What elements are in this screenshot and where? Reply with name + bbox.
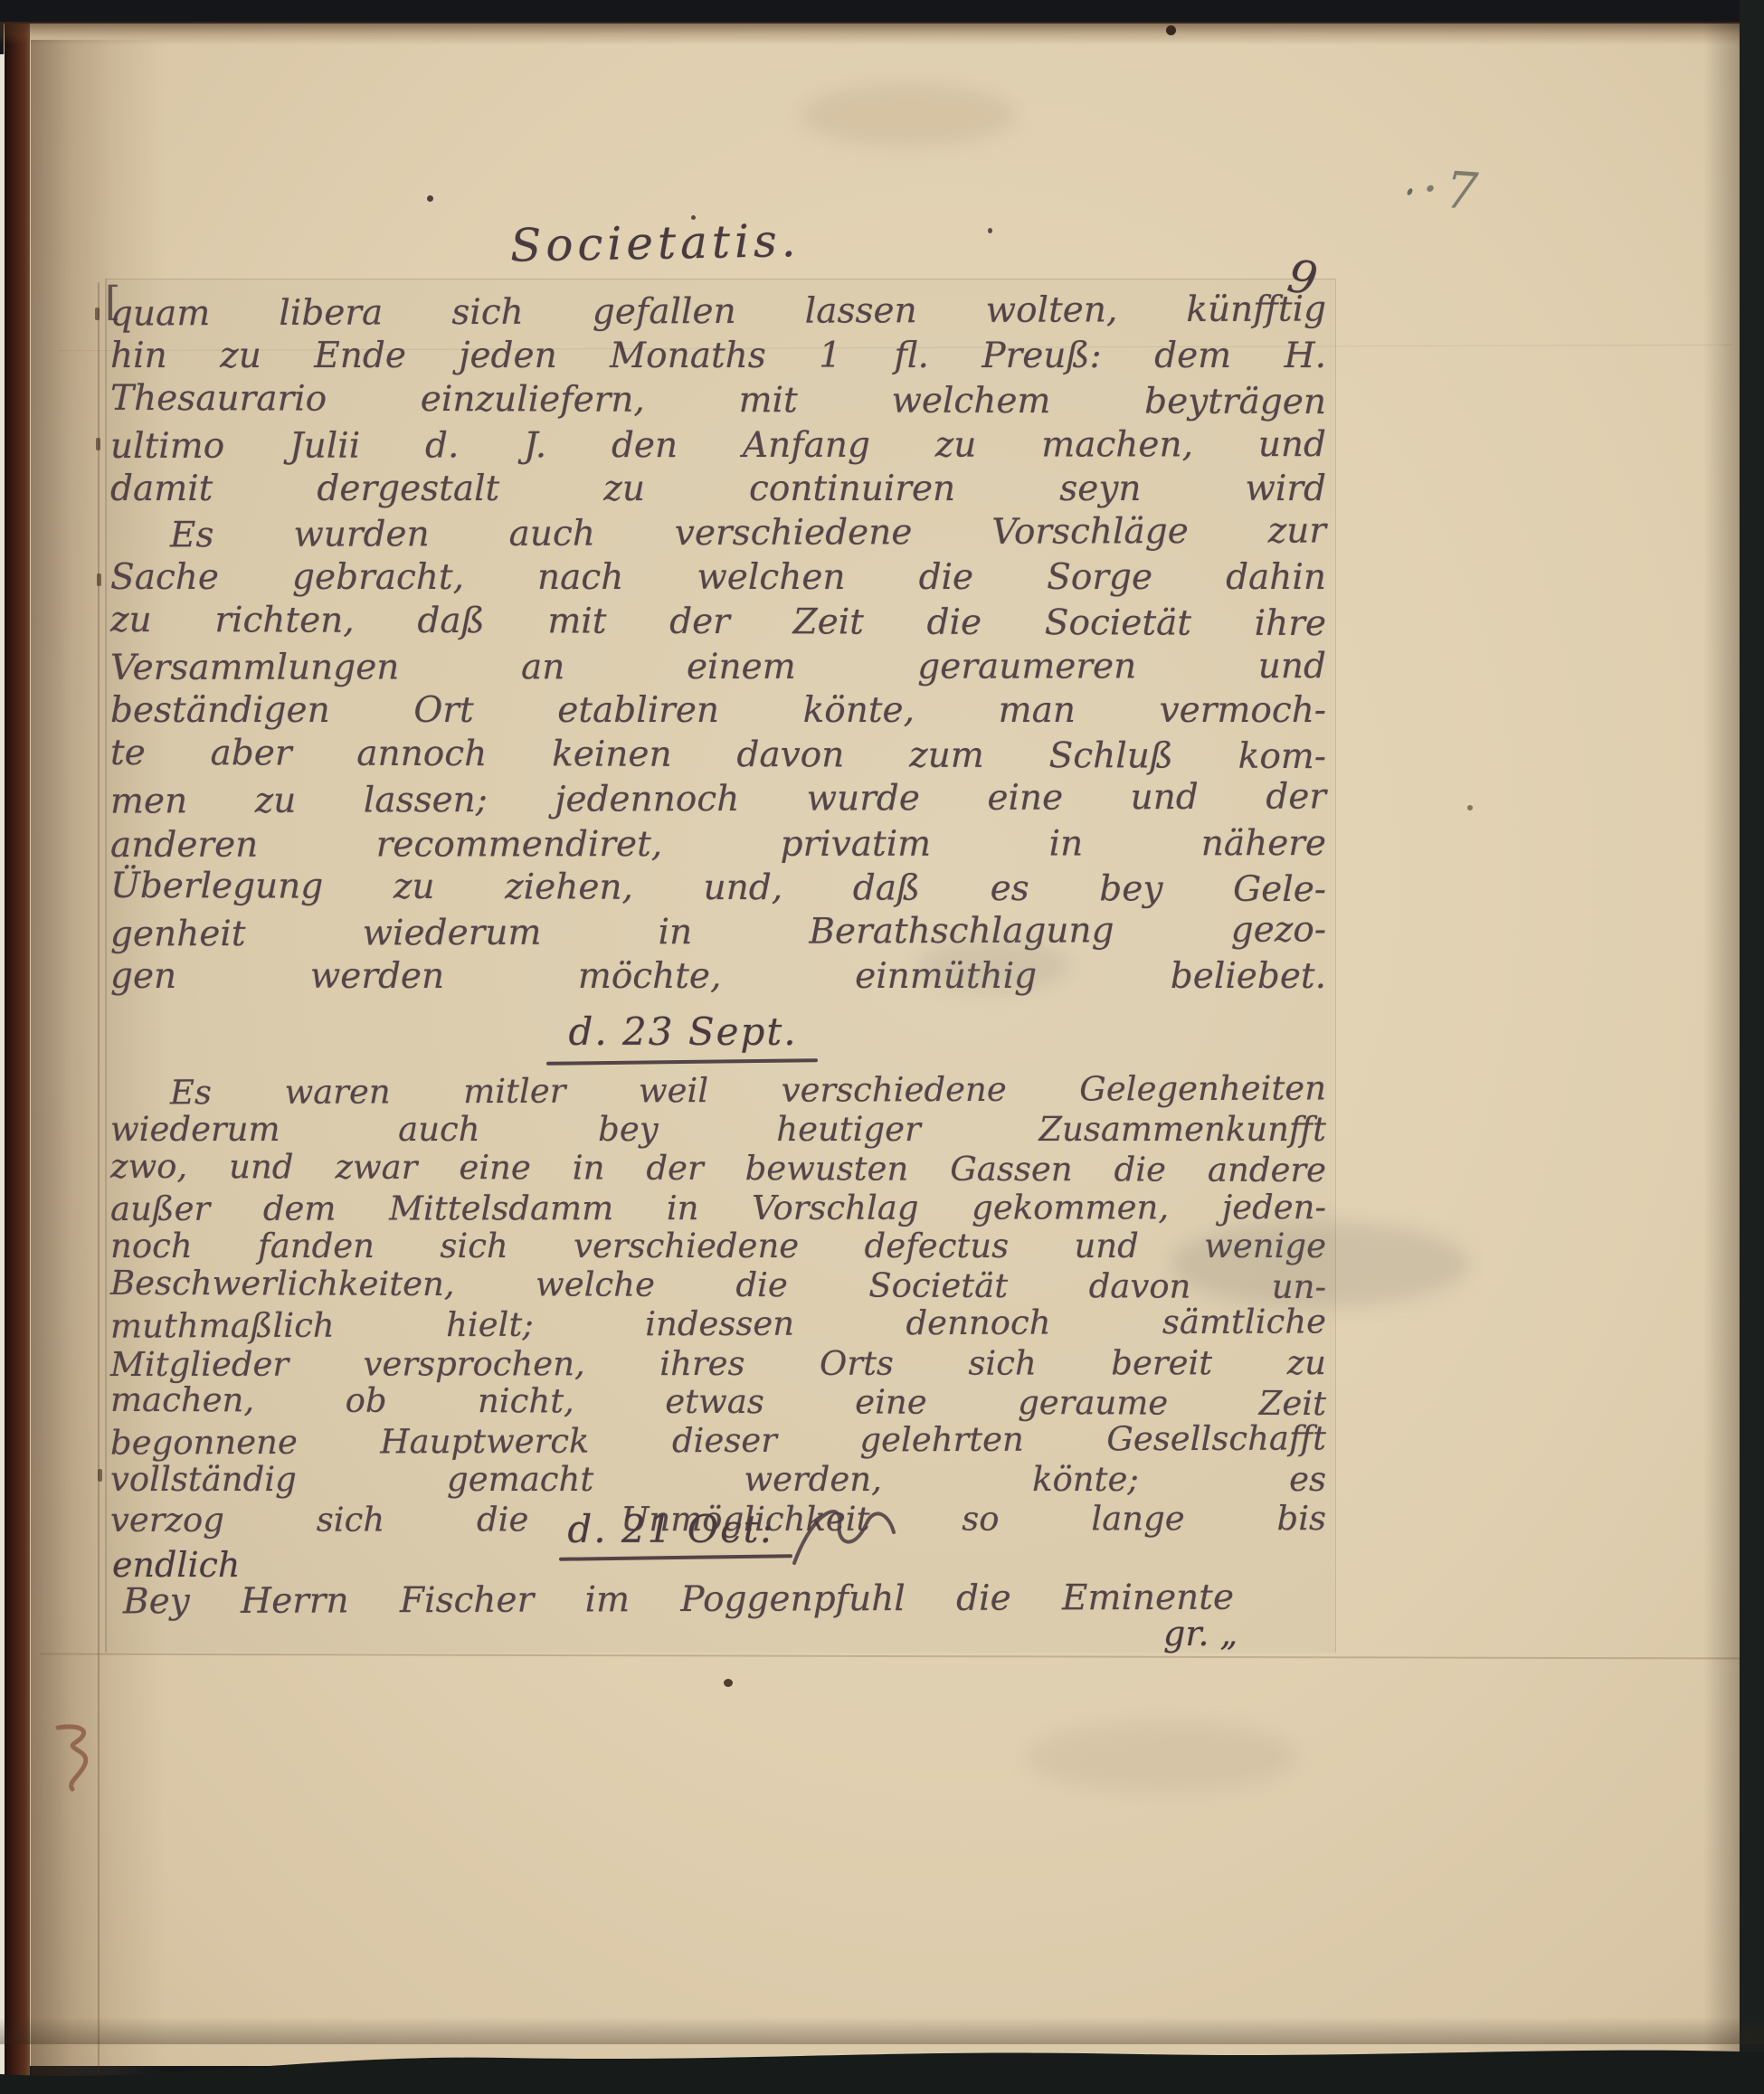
manuscript-line: wiederum auch bey heutiger Zusammenkunff… [110,1110,1326,1149]
ink-speck [988,228,992,233]
folio-number-pencil: ·7 [1420,159,1523,225]
manuscript-line: vollständig gemacht werden, könte; es [110,1460,1326,1499]
manuscript-line: beständigen Ort etabliren könte, man ver… [110,688,1326,733]
scan-edge-right-shadow [1703,22,1740,2068]
manuscript-page: Societatis. ·7 9 [ quam libera sich gefa… [4,20,1742,2066]
manuscript-line: Es wurden auch verschiedene Vorschläge z… [110,508,1326,557]
binding-stitch-line [98,282,100,2073]
manuscript-line: gen werden möchte, einmüthig beliebet. [110,954,1326,999]
paper-stain [800,83,1017,147]
catchword: gr. „ [1163,1614,1238,1653]
paragraph-intro: quam libera sich gefallen lassen wolten,… [110,289,1326,511]
binding-stitch [96,438,100,450]
manuscript-line: anderen recommendiret, privatim in näher… [110,821,1326,867]
binding-stitch [97,573,101,586]
paragraph-sept-entry: Es waren mitler weil verschiedene Gelege… [110,1071,1326,1538]
paragraph-proposals: Es wurden auch verschiedene Vorschläge z… [110,511,1326,999]
brown-speck [724,1679,733,1687]
paper-stain [1026,1720,1297,1793]
manuscript-line: Überlegung zu ziehen, und, daß es bey Ge… [110,864,1326,912]
date-heading-21-oct: d. 21 Oct: [545,1507,798,1551]
scan-edge-bottom [0,2038,1764,2094]
page-title: Societatis. [510,214,782,271]
manuscript-line: Mitglieder versprochen, ihres Orts sich … [110,1343,1326,1384]
manuscript-line: noch fanden sich verschiedene defectus u… [110,1227,1326,1265]
manuscript-line: te aber annoch keinen davon zum Schluß k… [110,731,1326,779]
ink-speck [427,195,433,202]
binding-stitch [98,1469,102,1482]
paragraph-oct-entry: Bey Herrn Fischer im Poggenpfuhl die Emi… [123,1578,1234,1622]
manuscript-line: muthmaßlich hielt; indessen dennoch sämt… [110,1302,1326,1345]
manuscript-line: zu richten, daß mit der Zeit die Societä… [110,598,1326,646]
manuscript-line: zwo, und zwar eine in der bewusten Gasse… [110,1147,1326,1189]
book-spine [5,22,30,2094]
manuscript-line: Thesaurario einzuliefern, mit welchem be… [110,376,1326,424]
manuscript-line: außer dem Mittelsdamm in Vorschlag gekom… [110,1188,1326,1228]
manuscript-line: Sache gebracht, nach welchen die Sorge d… [110,555,1326,600]
manuscript-line: damit dergestalt zu continuiren seyn wir… [110,467,1326,511]
manuscript-line: Bey Herrn Fischer im Poggenpfuhl die Emi… [123,1576,1234,1625]
manuscript-line: begonnene Hauptwerck dieser gelehrten Ge… [110,1418,1326,1462]
manuscript-line: men zu lassen; jedennoch wurde eine und … [110,774,1326,823]
ink-speck [691,215,696,220]
manuscript-line: Versammlungen an einem geraumeren und [110,644,1326,690]
manuscript-line: machen, ob nicht, etwas eine geraume Zei… [110,1380,1326,1423]
bleedthrough-smudge [917,938,1071,992]
brown-speck [1467,805,1473,810]
manuscript-line: Es waren mitler weil verschiedene Gelege… [110,1068,1326,1112]
scan-edge-right [1740,0,1764,2094]
manuscript-line: genheit wiederum in Berathschlagung gezo… [110,907,1326,956]
marginal-squiggle [45,1722,109,1795]
pencil-speck [1406,187,1413,195]
manuscript-line: quam libera sich gefallen lassen wolten,… [110,287,1326,336]
scan-edge-top [0,0,1764,24]
manuscript-line: ultimo Julii d. J. den Anfang zu machen,… [110,422,1326,469]
binding-stitch [95,308,100,320]
date-heading-23-sept: d. 23 Sept. [543,1009,823,1054]
pen-flourish [787,1492,905,1574]
bleedthrough-smudge [1171,1221,1469,1307]
scan-edge-top-shadow [0,22,1764,45]
manuscript-line: hin zu Ende jeden Monaths 1 fl. Preuß: d… [110,334,1326,378]
paper-crease [40,1653,1740,1660]
manuscript-line: Beschwerlichkeiten, welche die Societät … [110,1264,1326,1306]
